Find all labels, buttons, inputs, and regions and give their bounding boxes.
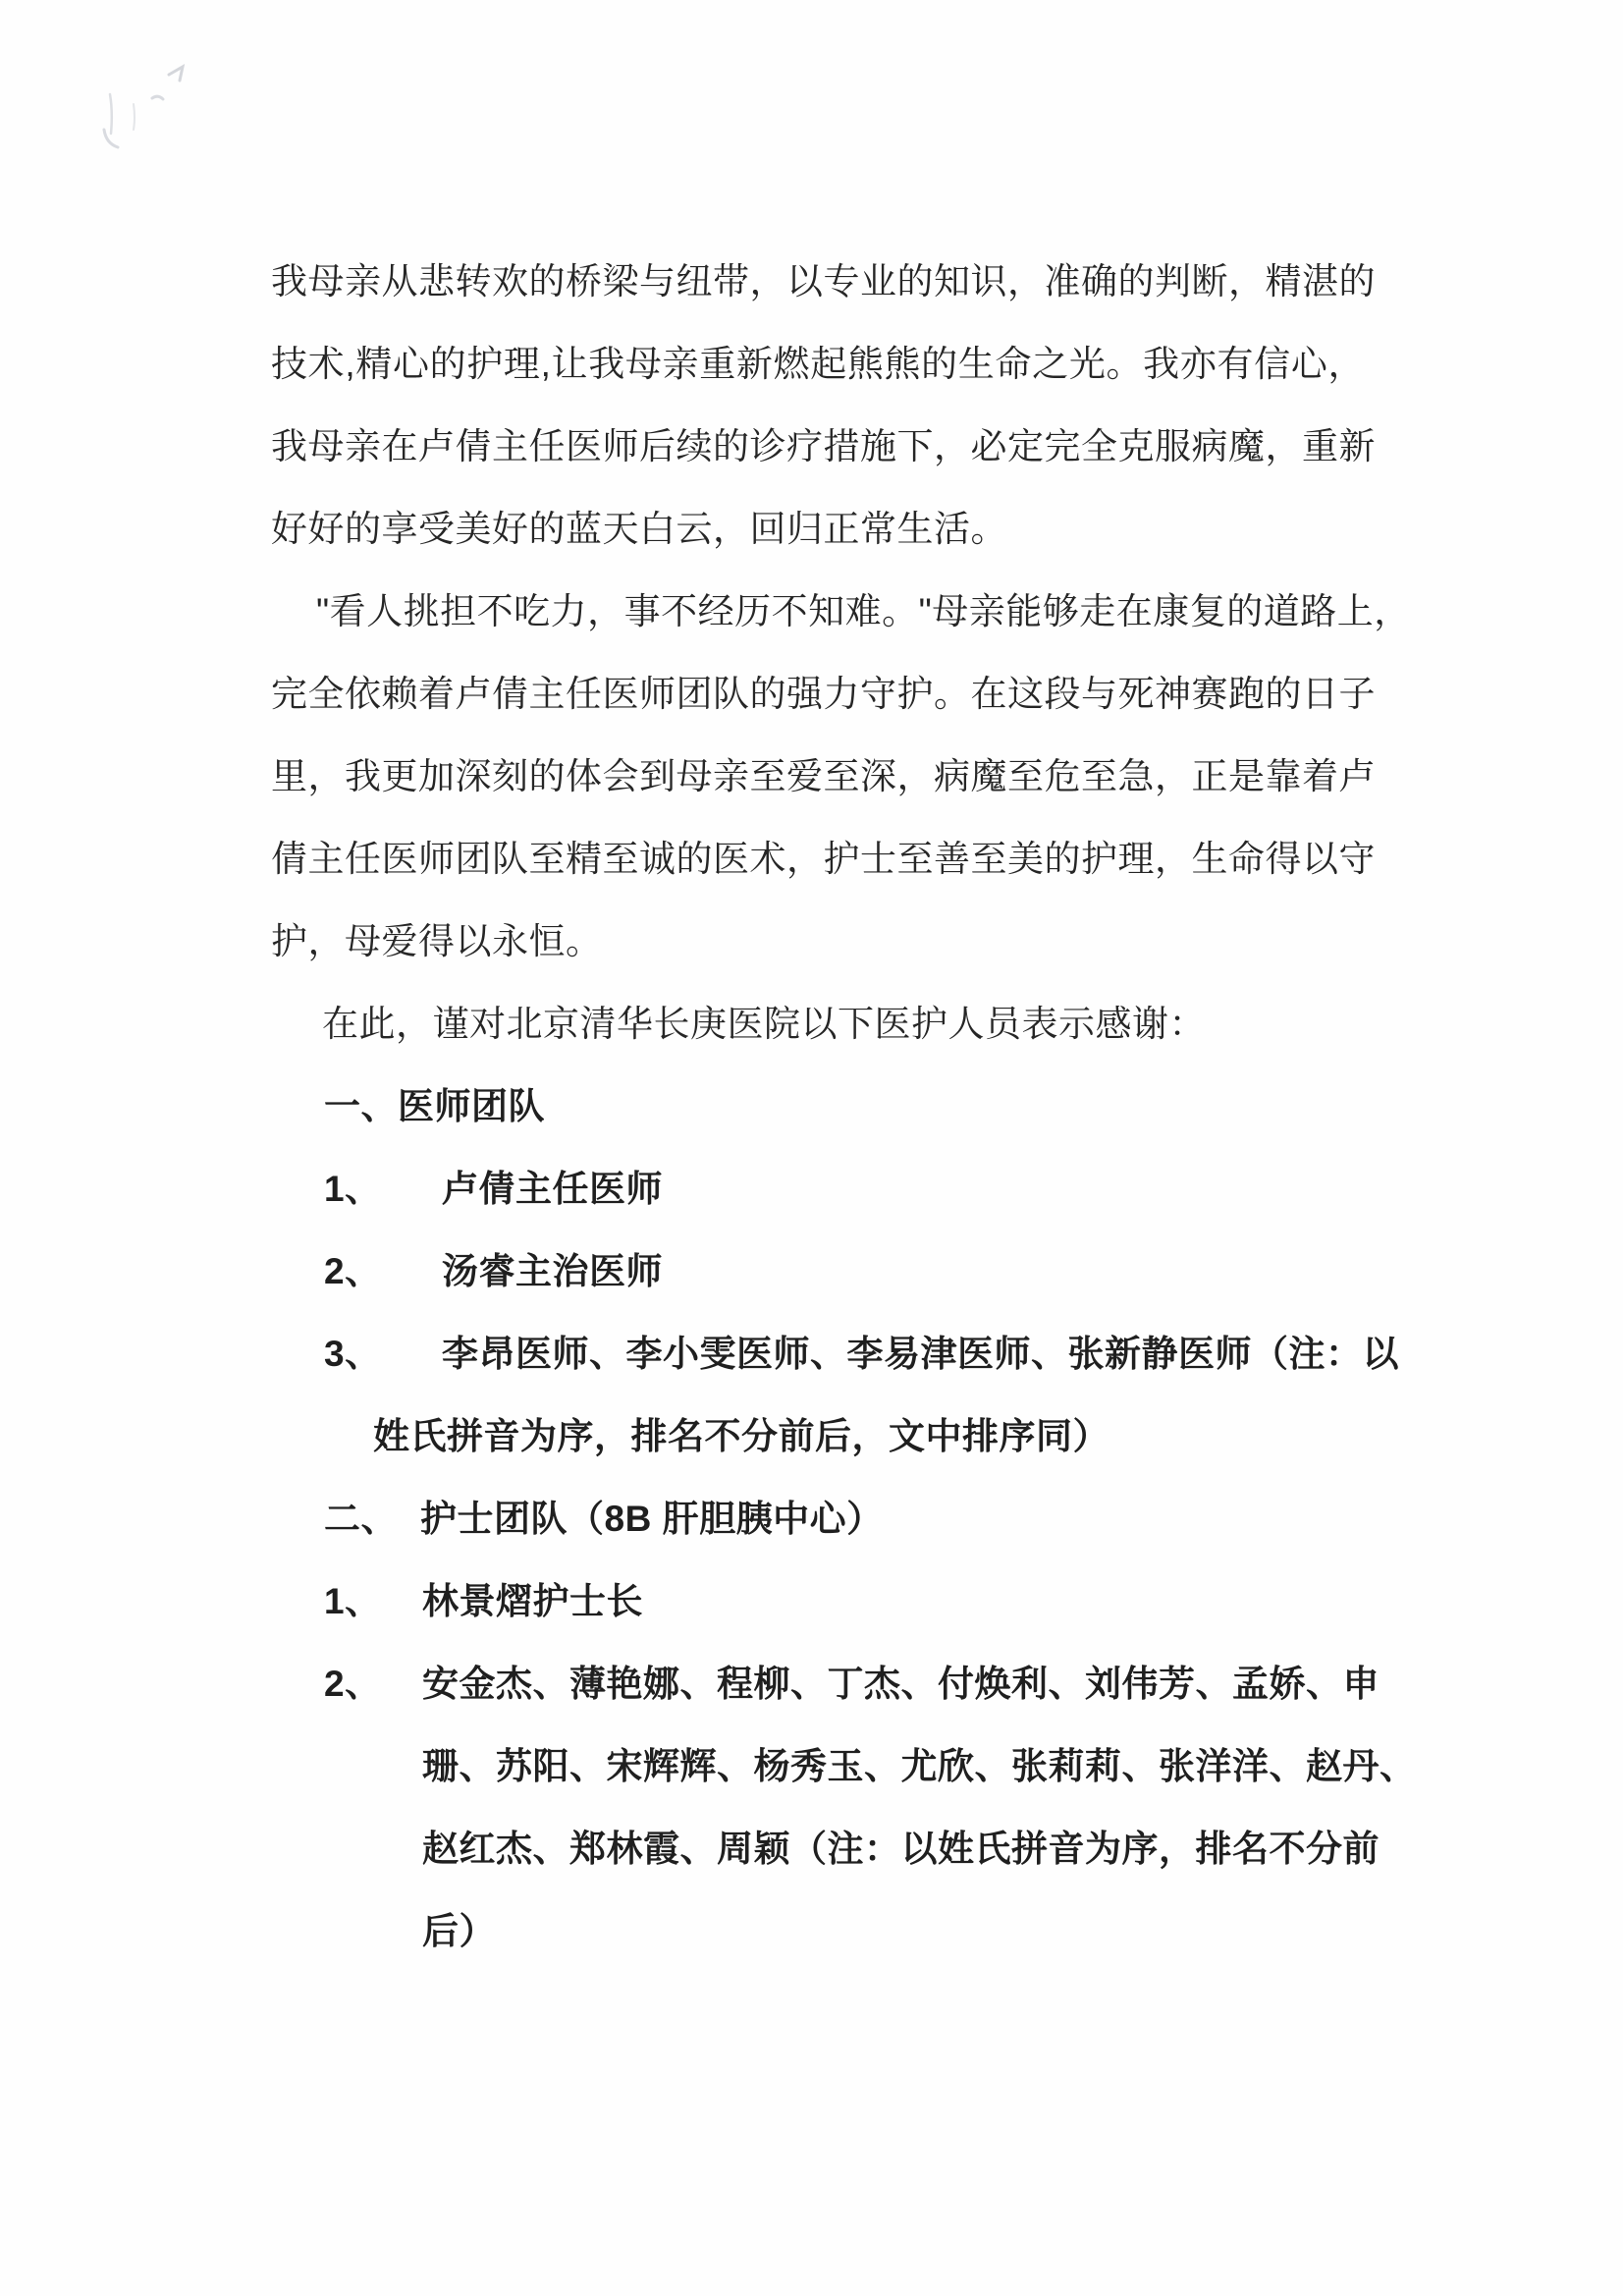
letter-body: 我母亲从悲转欢的桥梁与纽带，以专业的知识，准确的判断，精湛的 技术,精心的护理,…: [271, 241, 1365, 1973]
list-item-number: 1、: [324, 1560, 422, 1643]
list-item-text: 安金杰、薄艳娜、程柳、丁杰、付焕利、刘伟芳、孟娇、申: [422, 1643, 1365, 1725]
acknowledgement-line: 在此，谨对北京清华长庚医院以下医护人员表示感谢：: [271, 983, 1365, 1066]
list-item-text: 汤睿主治医师: [442, 1230, 1365, 1313]
list-item-number: 2、: [324, 1230, 442, 1313]
section-number: 二、: [324, 1478, 420, 1560]
section-header-physician-team: 一、 医师团队: [271, 1066, 1365, 1148]
section-header-nurse-team: 二、 护士团队（8B 肝胆胰中心）: [271, 1478, 1365, 1560]
paragraph-line: "看人挑担不吃力，事不经历不知难。"母亲能够走在康复的道路上，: [271, 571, 1365, 653]
paragraph-line: 里，我更加深刻的体会到母亲至爱至深，病魔至危至急，正是靠着卢: [271, 736, 1365, 818]
list-item-physician: 1、 卢倩主任医师: [271, 1148, 1365, 1230]
paragraph-line: 我母亲在卢倩主任医师后续的诊疗措施下，必定完全克服病魔，重新: [271, 406, 1365, 488]
paragraph-line: 完全依赖着卢倩主任医师团队的强力守护。在这段与死神赛跑的日子: [271, 653, 1365, 736]
paragraph-line: 护，母爱得以永恒。: [271, 901, 1365, 983]
list-item-continuation: 珊、苏阳、宋辉辉、杨秀玉、尤欣、张莉莉、张洋洋、赵丹、: [271, 1725, 1365, 1808]
paragraph-line: 好好的享受美好的蓝天白云，回归正常生活。: [271, 488, 1365, 571]
list-item-text: 卢倩主任医师: [442, 1148, 1365, 1230]
list-item-physician: 3、 李昂医师、李小雯医师、李易津医师、张新静医师（注：以: [271, 1313, 1365, 1395]
list-item-continuation: 后）: [271, 1890, 1365, 1973]
section-title: 护士团队（8B 肝胆胰中心）: [420, 1478, 1365, 1560]
list-item-nurse: 1、 林景熠护士长: [271, 1560, 1365, 1643]
list-item-number: 2、: [324, 1643, 422, 1725]
paragraph-line: 我母亲从悲转欢的桥梁与纽带，以专业的知识，准确的判断，精湛的: [271, 241, 1365, 323]
list-item-number: 3、: [324, 1313, 442, 1395]
list-item-continuation: 姓氏拼音为序，排名不分前后，文中排序同）: [271, 1395, 1365, 1478]
section-title: 医师团队: [398, 1066, 1365, 1148]
list-item-number: 1、: [324, 1148, 442, 1230]
pen-scribble-mark: [59, 39, 206, 167]
document-page: 我母亲从悲转欢的桥梁与纽带，以专业的知识，准确的判断，精湛的 技术,精心的护理,…: [0, 0, 1623, 2296]
list-item-text: 李昂医师、李小雯医师、李易津医师、张新静医师（注：以: [442, 1313, 1365, 1395]
list-item-physician: 2、 汤睿主治医师: [271, 1230, 1365, 1313]
list-item-continuation: 赵红杰、郑林霞、周颖（注：以姓氏拼音为序，排名不分前: [271, 1808, 1365, 1890]
paragraph-line: 倩主任医师团队至精至诚的医术，护士至善至美的护理，生命得以守: [271, 818, 1365, 901]
paragraph-line: 技术,精心的护理,让我母亲重新燃起熊熊的生命之光。我亦有信心，: [271, 323, 1365, 406]
section-number: 一、: [324, 1066, 398, 1148]
list-item-text: 林景熠护士长: [422, 1560, 1365, 1643]
list-item-nurse: 2、 安金杰、薄艳娜、程柳、丁杰、付焕利、刘伟芳、孟娇、申: [271, 1643, 1365, 1725]
